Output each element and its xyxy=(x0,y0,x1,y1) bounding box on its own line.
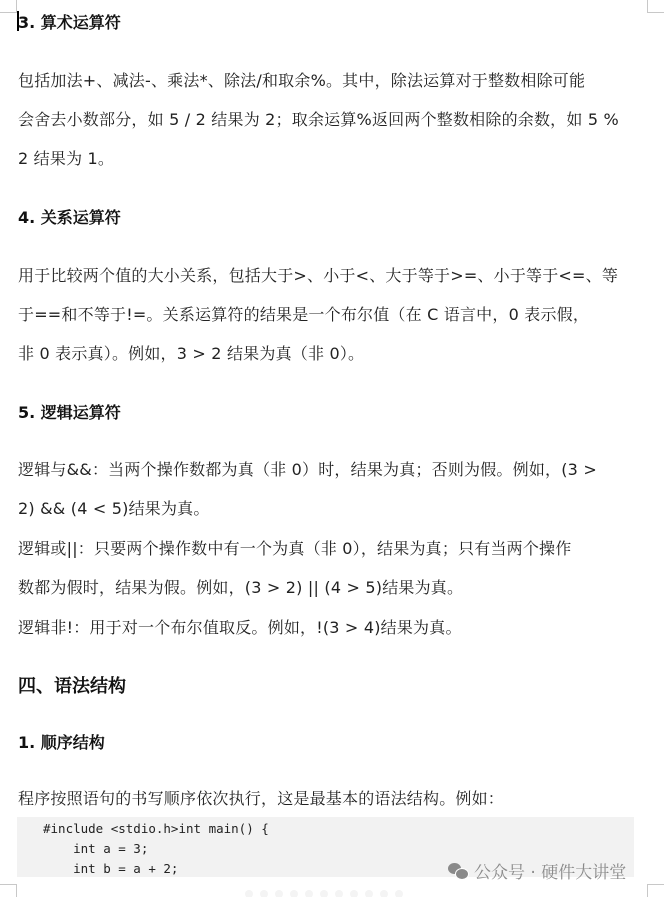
heading-relational-operators: 4. 关系运算符 xyxy=(18,205,121,228)
paragraph-line: 2 结果为 1。 xyxy=(18,146,114,169)
paragraph-line: 数都为假时，结果为假。例如，(3 > 2) || (4 > 5)结果为真。 xyxy=(18,575,463,598)
page-indicator-dots xyxy=(245,890,403,897)
page-corner-mark-top-left xyxy=(0,0,17,13)
heading-syntax-structure: 四、语法结构 xyxy=(18,672,126,698)
code-line: #include <stdio.h>int main() { xyxy=(43,821,269,836)
paragraph-line: 逻辑与&&：当两个操作数都为真（非 0）时，结果为真；否则为假。例如，(3 > xyxy=(18,457,597,480)
code-line: int b = a + 2; xyxy=(43,861,178,876)
paragraph-line: 用于比较两个值的大小关系，包括大于>、小于<、大于等于>=、小于等于<=、等 xyxy=(18,263,618,286)
paragraph-line: 于==和不等于!=。关系运算符的结果是一个布尔值（在 C 语言中，0 表示假， xyxy=(18,302,589,325)
page-corner-mark-bottom-right xyxy=(647,884,664,897)
paragraph-line: 会舍去小数部分，如 5 / 2 结果为 2；取余运算%返回两个整数相除的余数，如… xyxy=(18,107,619,130)
watermark-text: 公众号 · 硬件大讲堂 xyxy=(474,858,626,883)
wechat-icon xyxy=(448,863,468,879)
paragraph-line: 程序按照语句的书写顺序依次执行，这是最基本的语法结构。例如： xyxy=(18,786,504,809)
paragraph-line: 2) && (4 < 5)结果为真。 xyxy=(18,496,210,519)
page-corner-mark-bottom-left xyxy=(0,884,17,897)
paragraph-line: 非 0 表示真）。例如，3 > 2 结果为真（非 0）。 xyxy=(18,341,364,364)
paragraph-line: 逻辑非!：用于对一个布尔值取反。例如，!(3 > 4)结果为真。 xyxy=(18,615,462,638)
page-corner-mark-top-right xyxy=(647,0,664,13)
heading-logical-operators: 5. 逻辑运算符 xyxy=(18,400,121,423)
paragraph-line: 包括加法+、减法-、乘法*、除法/和取余%。其中，除法运算对于整数相除可能 xyxy=(18,68,585,91)
heading-sequential-structure: 1. 顺序结构 xyxy=(18,730,105,753)
paragraph-line: 逻辑或||：只要两个操作数中有一个为真（非 0），结果为真；只有当两个操作 xyxy=(18,536,571,559)
code-line: int a = 3; xyxy=(43,841,148,856)
watermark: 公众号 · 硬件大讲堂 xyxy=(448,858,626,883)
heading-arithmetic-operators: 3. 算术运算符 xyxy=(18,10,121,33)
